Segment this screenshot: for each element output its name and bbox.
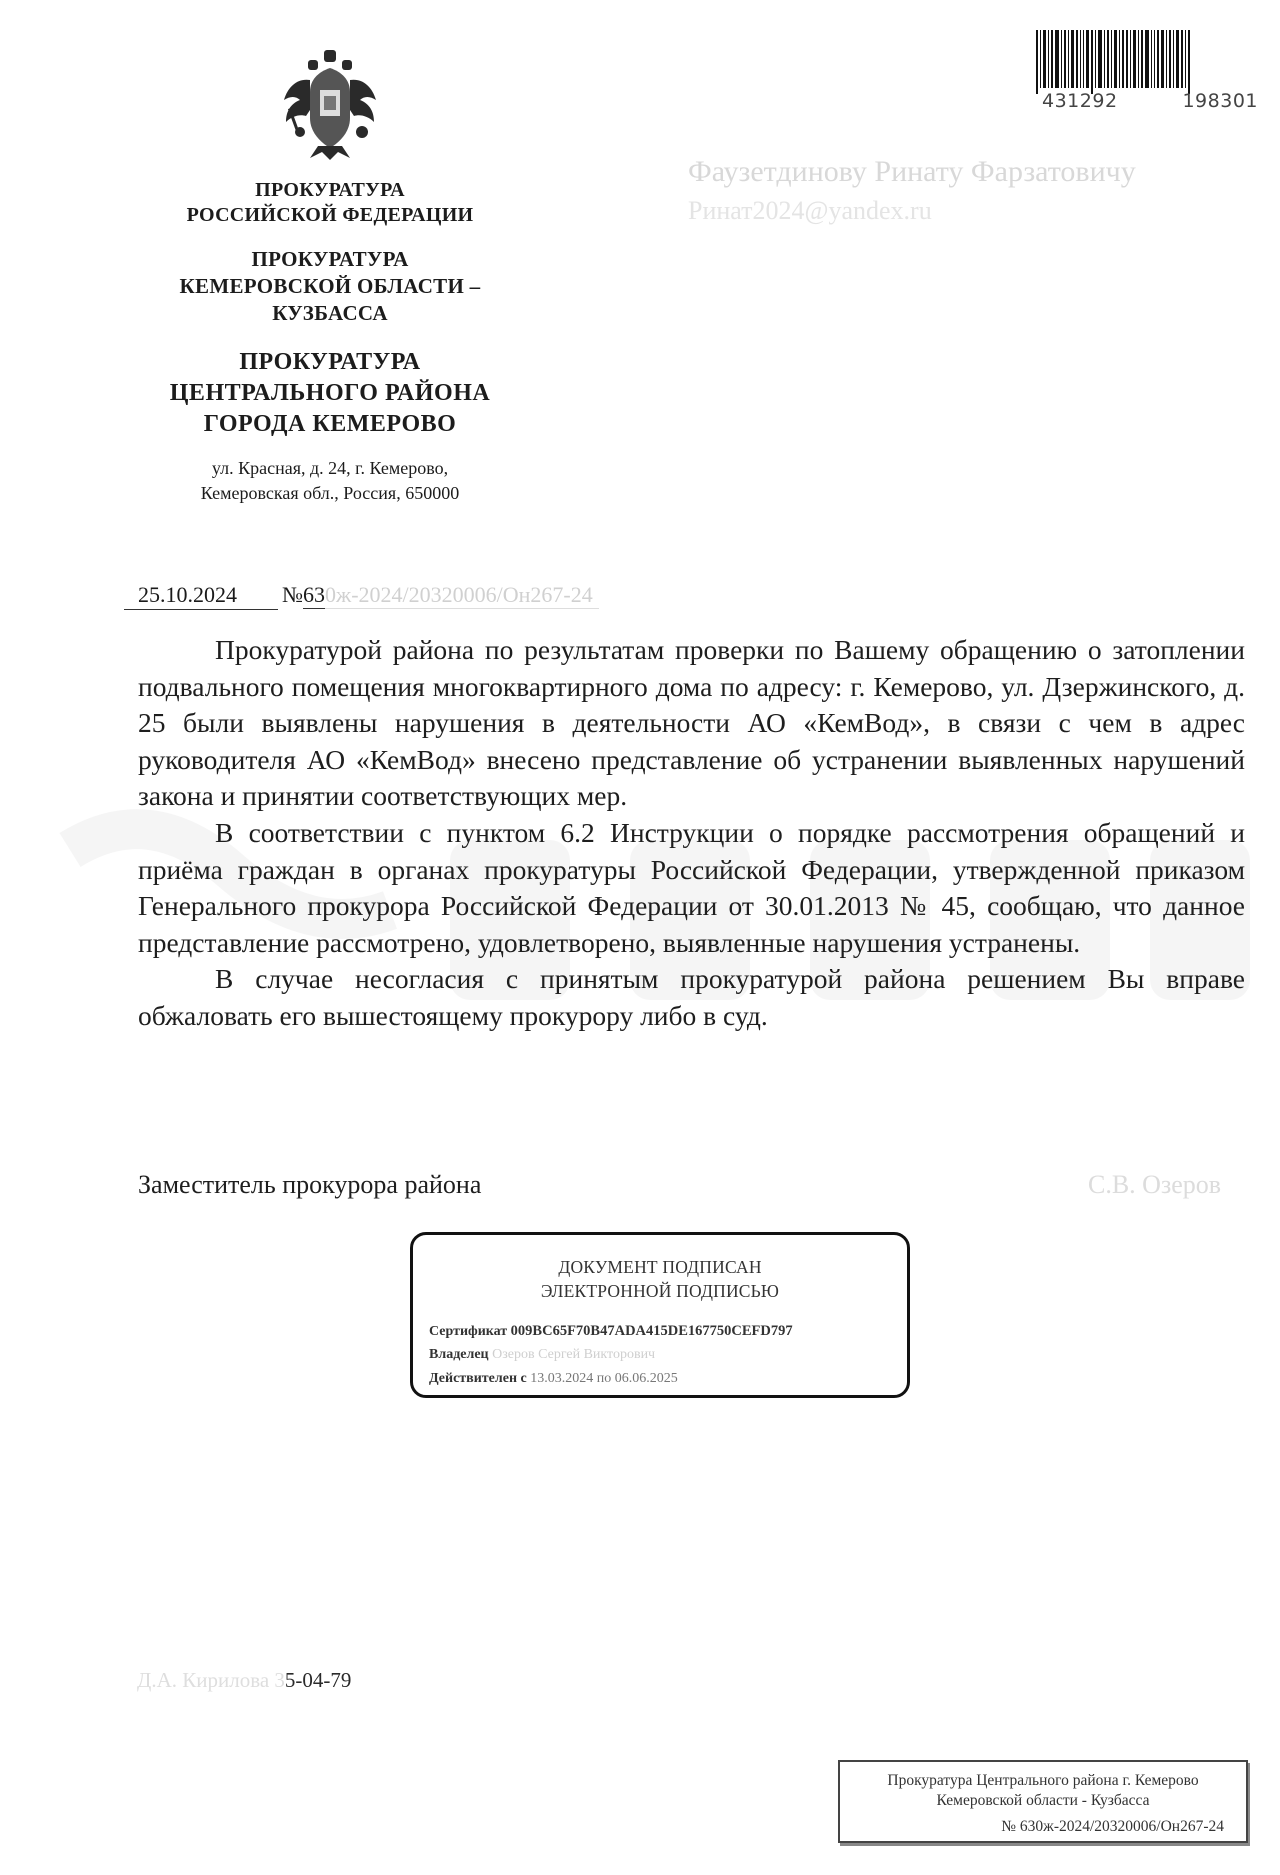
valid-label: Действителен (429, 1371, 517, 1386)
document-date: 25.10.2024 (124, 582, 278, 610)
barcode-bar (1185, 30, 1186, 88)
barcode-bar (1133, 30, 1136, 88)
barcode-bar (1126, 30, 1128, 88)
barcode-right-number: 198301 (1182, 90, 1258, 112)
electronic-signature-stamp: ДОКУМЕНТ ПОДПИСАН ЭЛЕКТРОННОЙ ПОДПИСЬЮ С… (410, 1232, 910, 1398)
barcode-bar (1141, 30, 1143, 88)
letterhead: ПРОКУРАТУРА РОССИЙСКОЙ ФЕДЕРАЦИИ ПРОКУРА… (140, 178, 520, 506)
registration-org-line2: Кемеровской области - Кузбасса (840, 1792, 1246, 1810)
barcode-bar (1161, 30, 1164, 88)
certificate-label: Сертификат (429, 1324, 507, 1339)
barcode-left-number: 431292 (1042, 90, 1118, 112)
barcode-bar (1043, 30, 1046, 88)
barcode-bar (1157, 30, 1159, 88)
paragraph: В случае несогласия с принятым прокурату… (138, 961, 1245, 1034)
barcode-bar (1076, 30, 1078, 88)
barcode-bar (1173, 30, 1174, 88)
barcode-numbers: 431292 198301 (1042, 90, 1258, 112)
barcode-bar (1181, 30, 1183, 88)
barcode (1036, 30, 1258, 88)
barcode-bar (1114, 30, 1117, 88)
barcode-bar (1036, 30, 1038, 94)
paragraph: Прокуратурой района по результатам прове… (138, 632, 1245, 815)
org-district: ПРОКУРАТУРА ЦЕНТРАЛЬНОГО РАЙОНА ГОРОДА К… (140, 347, 520, 440)
addressee-contact: Ринат2024@yandex.ru (688, 193, 1136, 228)
number-sign: № (282, 582, 303, 608)
org-federal: ПРОКУРАТУРА РОССИЙСКОЙ ФЕДЕРАЦИИ (140, 178, 520, 228)
barcode-bar (1048, 30, 1049, 88)
reference-line: 25.10.2024 № 63 0ж-2024/20320006/Он267-2… (124, 582, 599, 610)
barcode-bar (1068, 30, 1069, 88)
barcode-bar (1061, 30, 1062, 88)
barcode-bar (1064, 30, 1066, 88)
addressee-block: Фаузетдинову Ринату Фарзатовичу Ринат202… (688, 152, 1136, 228)
executor-info: Д.А. Кирилова 35-04-79 (137, 1668, 351, 1693)
barcode-bar (1091, 30, 1093, 94)
registration-org-line1: Прокуратура Центрального района г. Кемер… (840, 1772, 1246, 1790)
owner-label: Владелец (429, 1347, 489, 1362)
reference-number-faint: 0ж-2024/20320006/Он267-24 (325, 582, 599, 609)
barcode-bar (1166, 30, 1167, 88)
coat-of-arms-icon (280, 50, 380, 160)
barcode-bar (1086, 30, 1089, 88)
signer-name: С.В. Озеров (1088, 1170, 1221, 1200)
barcode-bar (1098, 30, 1102, 88)
barcode-bar (1119, 30, 1120, 88)
stamp-heading: ДОКУМЕНТ ПОДПИСАН ЭЛЕКТРОННОЙ ПОДПИСЬЮ (413, 1255, 907, 1303)
registration-stamp: Прокуратура Центрального района г. Кемер… (838, 1760, 1248, 1843)
org-regional: ПРОКУРАТУРА КЕМЕРОВСКОЙ ОБЛАСТИ – КУЗБАС… (140, 246, 520, 327)
barcode-bar (1051, 30, 1053, 88)
executor-phone: 5-04-79 (285, 1668, 352, 1692)
paragraph: В соответствии с пунктом 6.2 Инструкции … (138, 815, 1245, 961)
signer-title: Заместитель прокурора района (138, 1170, 481, 1200)
barcode-bar (1040, 30, 1041, 88)
certificate-row: Сертификат 009BC65F70B47ADA415DE167750CE… (429, 1323, 793, 1340)
barcode-bar (1169, 30, 1171, 88)
barcode-bar (1151, 30, 1152, 88)
barcode-bar (1122, 30, 1124, 88)
executor-name: Д.А. Кирилова (137, 1668, 269, 1692)
owner-row: Владелец Озеров Сергей Викторович (429, 1347, 655, 1363)
barcode-bar (1107, 30, 1109, 88)
registration-number: № 630ж-2024/20320006/Он267-24 (840, 1818, 1246, 1836)
barcode-bar (1080, 30, 1081, 88)
addressee-name: Фаузетдинову Ринату Фарзатовичу (688, 152, 1136, 193)
barcode-bar (1111, 30, 1112, 88)
barcode-bar (1083, 30, 1084, 88)
barcode-bar (1071, 30, 1074, 88)
certificate-value: 009BC65F70B47ADA415DE167750CEFD797 (511, 1323, 793, 1339)
reference-number-visible: 63 (303, 582, 325, 609)
barcode-bar (1095, 30, 1096, 88)
barcode-bar (1176, 30, 1179, 88)
barcode-bar (1188, 30, 1190, 94)
org-address: ул. Красная, д. 24, г. Кемерово, Кемеров… (140, 456, 520, 506)
valid-to: 06.06.2025 (615, 1371, 678, 1386)
barcode-bar (1130, 30, 1131, 88)
barcode-bar (1055, 30, 1059, 88)
letter-body: Прокуратурой района по результатам прове… (138, 632, 1245, 1035)
barcode-bar (1154, 30, 1155, 88)
owner-value: Озеров Сергей Викторович (492, 1347, 655, 1362)
barcode-bar (1104, 30, 1105, 88)
barcode-bar (1145, 30, 1149, 88)
valid-from: 13.03.2024 (530, 1371, 593, 1386)
validity-row: Действителен с 13.03.2024 по 06.06.2025 (429, 1371, 678, 1387)
barcode-bar (1138, 30, 1139, 88)
